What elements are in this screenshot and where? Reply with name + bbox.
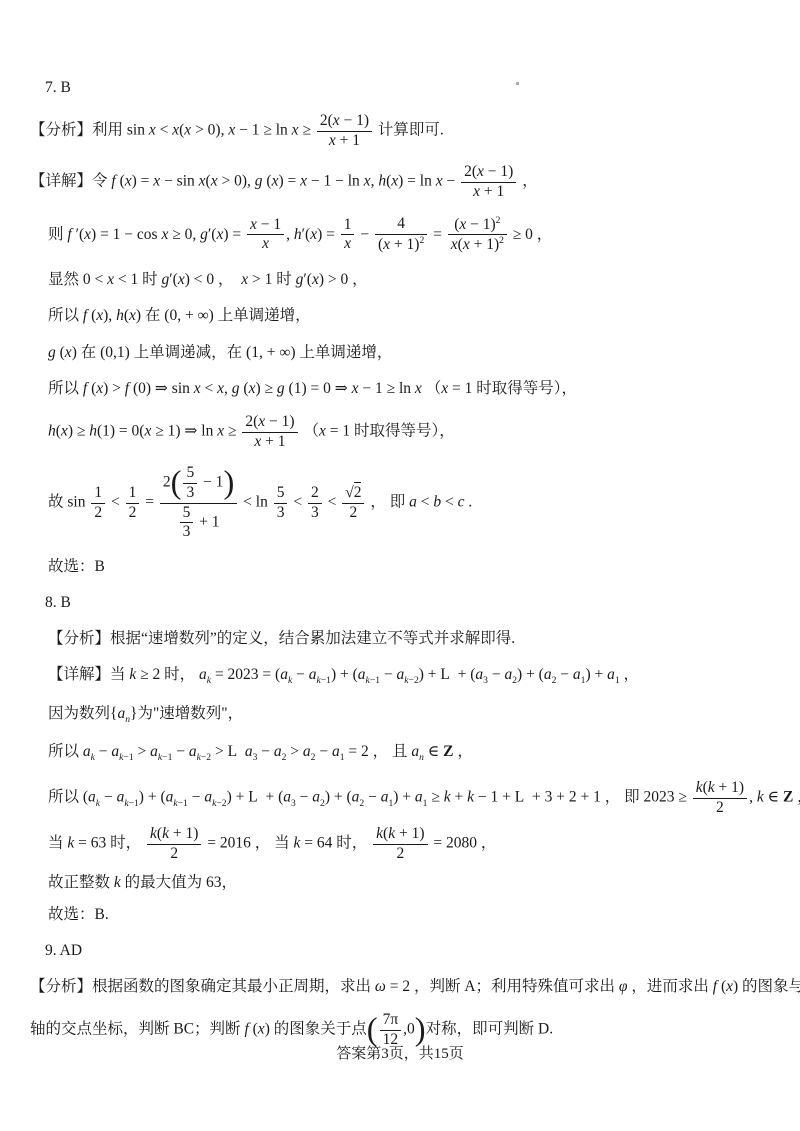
q7-answer: 7. B [30,76,772,99]
q8-step-values: 当 k = 63 时， k(k + 1)2 = 2016 ， 当 k = 64 … [30,825,772,863]
q8-analysis: 【分析】根据“速增数列”的定义，结合累加法建立不等式并求解即得. [30,627,772,650]
q8-detail: 【详解】当 k ≥ 2 时， ak = 2023 = (ak − ak−1) +… [30,663,772,689]
question-9-solution: 9. AD 【分析】根据函数的图象确定其最小正周期，求出 ω = 2 ，判断 A… [30,939,772,1050]
q7-step-inequality-1: 所以 f (x) > f (0) ⇒ sin x < x, g (x) ≥ g … [30,377,772,400]
q7-choice: 故选：B [30,555,772,578]
q8-answer: 8. B [30,591,772,614]
page-footer: 答案第3页，共15页 [0,1042,800,1063]
q8-step-conclusion: 故正整数 k 的最大值为 63， [30,871,772,894]
q7-analysis: 【分析】利用 sin x < x(x > 0), x − 1 ≥ ln x ≥ … [30,112,772,150]
question-8-solution: 8. B 【分析】根据“速增数列”的定义，结合累加法建立不等式并求解即得. 【详… [30,591,772,926]
q7-step-derivatives: 则 f ′(x) = 1 − cos x ≥ 0, g′(x) = x − 1x… [30,215,772,256]
q7-step-inequality-2: h(x) ≥ h(1) = 0(x ≥ 1) ⇒ ln x ≥ 2(x − 1)… [30,413,772,451]
scan-artifact-dot [516,82,519,85]
q8-choice: 故选：B. [30,903,772,926]
answer-sheet-page: 7. B 【分析】利用 sin x < x(x > 0), x − 1 ≥ ln… [0,0,800,1131]
q8-step-chain: 所以 ak − ak−1 > ak−1 − ak−2 > L a3 − a2 >… [30,740,772,766]
solutions-content: 7. B 【分析】利用 sin x < x(x > 0), x − 1 ≥ ln… [0,0,800,1050]
q8-step-definition: 因为数列{an}为"速增数列"， [30,702,772,728]
q9-answer: 9. AD [30,939,772,962]
q7-step-monotone-g: g (x) 在 (0,1) 上单调递减，在 (1, + ∞) 上单调递增， [30,341,772,364]
question-7-solution: 7. B 【分析】利用 sin x < x(x > 0), x − 1 ≥ ln… [30,76,772,578]
q7-step-sign: 显然 0 < x < 1 时 g′(x) < 0 ， x > 1 时 g′(x)… [30,268,772,291]
q7-detail: 【详解】令 f (x) = x − sin x(x > 0), g (x) = … [30,163,772,201]
q7-step-monotone-fh: 所以 f (x), h(x) 在 (0, + ∞) 上单调递增， [30,304,772,327]
q9-analysis-line1: 【分析】根据函数的图象确定其最小正周期，求出 ω = 2 ，判断 A；利用特殊值… [30,975,772,998]
q7-step-final-compare: 故 sin 12 < 12 = 2(53 − 1)53 + 1 < ln 53 … [30,464,772,541]
q8-step-sum: 所以 (ak − ak−1) + (ak−1 − ak−2) + L + (a3… [30,779,772,817]
